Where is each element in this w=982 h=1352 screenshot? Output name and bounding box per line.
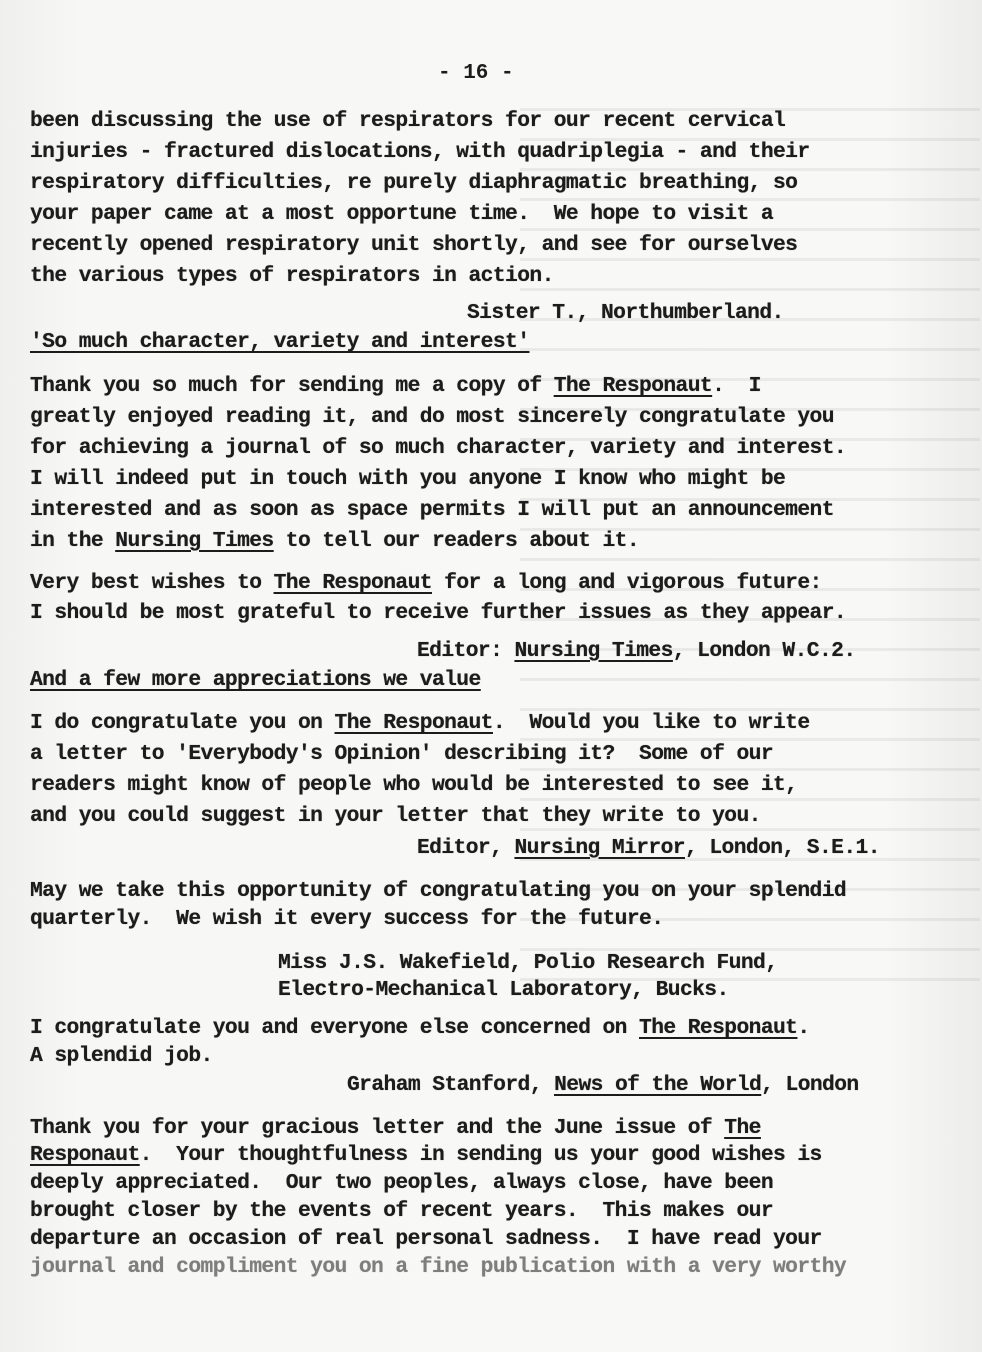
letter-line: injuries - fractured dislocations, with … [30, 137, 810, 167]
signature: Editor, Nursing Mirror, London, S.E.1. [417, 833, 880, 863]
text: I do congratulate you on [30, 711, 335, 735]
publication-title: Responaut [30, 1143, 140, 1167]
letter-line: Very best wishes to The Responaut for a … [30, 568, 822, 598]
letter-line: and you could suggest in your letter tha… [30, 801, 761, 831]
letter-line: May we take this opportunity of congratu… [30, 876, 846, 906]
text: , London, S.E.1. [685, 836, 880, 860]
publication-title: The Responaut [554, 374, 712, 398]
letter-line: been discussing the use of respirators f… [30, 106, 785, 136]
letter-line: I should be most grateful to receive fur… [30, 598, 846, 628]
signature: Sister T., Northumberland. [467, 298, 784, 328]
publication-title: Nursing Times [514, 639, 672, 663]
letter-line: Responaut. Your thoughtfulness in sendin… [30, 1140, 822, 1170]
text: Very best wishes to [30, 571, 274, 595]
signature: Editor: Nursing Times, London W.C.2. [417, 636, 856, 666]
publication-title: The Responaut [335, 711, 493, 735]
text: Editor, [417, 836, 514, 860]
text: Graham Stanford, [347, 1073, 554, 1097]
text: , London W.C.2. [673, 639, 856, 663]
letter-line: deeply appreciated. Our two peoples, alw… [30, 1168, 773, 1198]
text: for a long and vigorous future: [432, 571, 822, 595]
letter-line: I congratulate you and everyone else con… [30, 1013, 810, 1043]
publication-title: The [724, 1116, 761, 1140]
letter-line: your paper came at a most opportune time… [30, 199, 773, 229]
section-heading: And a few more appreciations we value [30, 665, 481, 695]
text: to tell our readers about it. [274, 529, 639, 553]
letter-line: in the Nursing Times to tell our readers… [30, 526, 639, 556]
letter-line: A splendid job. [30, 1041, 213, 1071]
letter-line: Thank you so much for sending me a copy … [30, 371, 761, 401]
text: Thank you for your gracious letter and t… [30, 1116, 724, 1140]
letter-line: readers might know of people who would b… [30, 770, 797, 800]
text: in the [30, 529, 115, 553]
text: . I [712, 374, 761, 398]
letter-line: a letter to 'Everybody's Opinion' descri… [30, 739, 773, 769]
text: I congratulate you and everyone else con… [30, 1016, 639, 1040]
letter-line: interested and as soon as space permits … [30, 495, 834, 525]
document-page: - 16 - been discussing the use of respir… [0, 0, 982, 1352]
letter-line: respiratory difficulties, re purely diap… [30, 168, 797, 198]
letter-line: for achieving a journal of so much chara… [30, 433, 846, 463]
publication-title: Nursing Times [115, 529, 273, 553]
text: . Would you like to write [493, 711, 810, 735]
text: Thank you so much for sending me a copy … [30, 374, 554, 398]
letter-line: I do congratulate you on The Responaut. … [30, 708, 810, 738]
letter-line: journal and compliment you on a fine pub… [30, 1252, 846, 1282]
text: , London [761, 1073, 858, 1097]
letter-line: departure an occasion of real personal s… [30, 1224, 822, 1254]
publication-title: News of the World [554, 1073, 761, 1097]
letter-line: quarterly. We wish it every success for … [30, 904, 663, 934]
letter-line: recently opened respiratory unit shortly… [30, 230, 797, 260]
text: Editor: [417, 639, 514, 663]
letter-line: I will indeed put in touch with you anyo… [30, 464, 785, 494]
letter-line: the various types of respirators in acti… [30, 261, 554, 291]
publication-title: Nursing Mirror [514, 836, 685, 860]
text: . Your thoughtfulness in sending us your… [140, 1143, 822, 1167]
letter-line: Thank you for your gracious letter and t… [30, 1113, 761, 1143]
signature: Miss J.S. Wakefield, Polio Research Fund… [278, 948, 777, 978]
letter-line: greatly enjoyed reading it, and do most … [30, 402, 834, 432]
signature: Electro-Mechanical Laboratory, Bucks. [278, 975, 729, 1005]
text: . [797, 1016, 809, 1040]
publication-title: The Responaut [274, 571, 432, 595]
page-number: - 16 - [438, 62, 514, 85]
section-heading: 'So much character, variety and interest… [30, 327, 529, 357]
letter-line: brought closer by the events of recent y… [30, 1196, 773, 1226]
signature: Graham Stanford, News of the World, Lond… [347, 1070, 859, 1100]
publication-title: The Responaut [639, 1016, 797, 1040]
